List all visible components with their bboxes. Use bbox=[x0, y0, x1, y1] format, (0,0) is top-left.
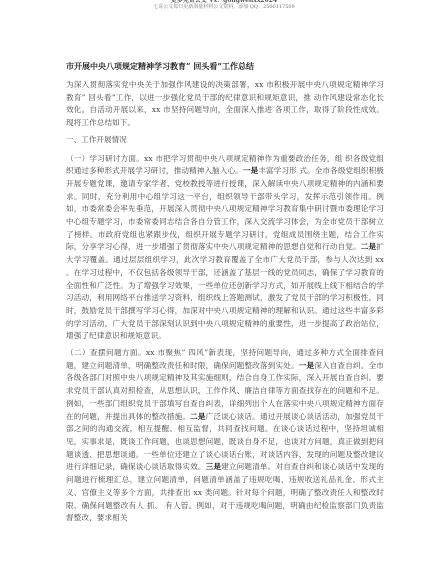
problems-paragraph: （二）查摆问题方面。xx 市聚焦” 四风”新表现，坚持问题导向，通过多种方式全面… bbox=[66, 347, 384, 525]
document-title: 市开展中央八项规定精神学习教育“ 回头看”工作总结 bbox=[66, 59, 384, 73]
keyword-second: 二是 bbox=[190, 412, 206, 421]
study-text-1: 丰富学习形 式。全市各级党组织积极开展专题党课，邀请专家学者、党校教授等进行授课… bbox=[66, 166, 384, 251]
keyword-third: 三是 bbox=[206, 462, 222, 471]
page-header: 更多免费公文 Vx：gongwenxx2024 七哥公文每日更新海量材料公文资料… bbox=[0, 0, 448, 11]
intro-paragraph: 为深入贯彻落实党中央关于加强作风建设的决策部署，xx 市积极开展中央八项规定精神… bbox=[66, 79, 384, 130]
document-page: 市开展中央八项规定精神学习教育“ 回头看”工作总结 为深入贯彻落实党中央关于加强… bbox=[66, 59, 384, 529]
study-paragraph: （一）学习研讨方面。xx 市把学习贯彻中央八项规定精神作为重要政治任务，组 织各… bbox=[66, 153, 384, 344]
header-sub-line: 七哥公文每日更新海量材料公文资料，添加 QQ：2500117509 bbox=[0, 4, 448, 11]
keyword-second: 二是 bbox=[361, 242, 377, 251]
study-text-2: 扩大学习覆盖。通过层层组织学习，此次学习教育覆盖了全市广大党员干部，参与人次达到… bbox=[66, 242, 384, 340]
keyword-first: 一是 bbox=[243, 166, 258, 175]
keyword-first: 一是 bbox=[299, 361, 315, 370]
section-heading: 一、工作开展情况 bbox=[66, 134, 384, 147]
